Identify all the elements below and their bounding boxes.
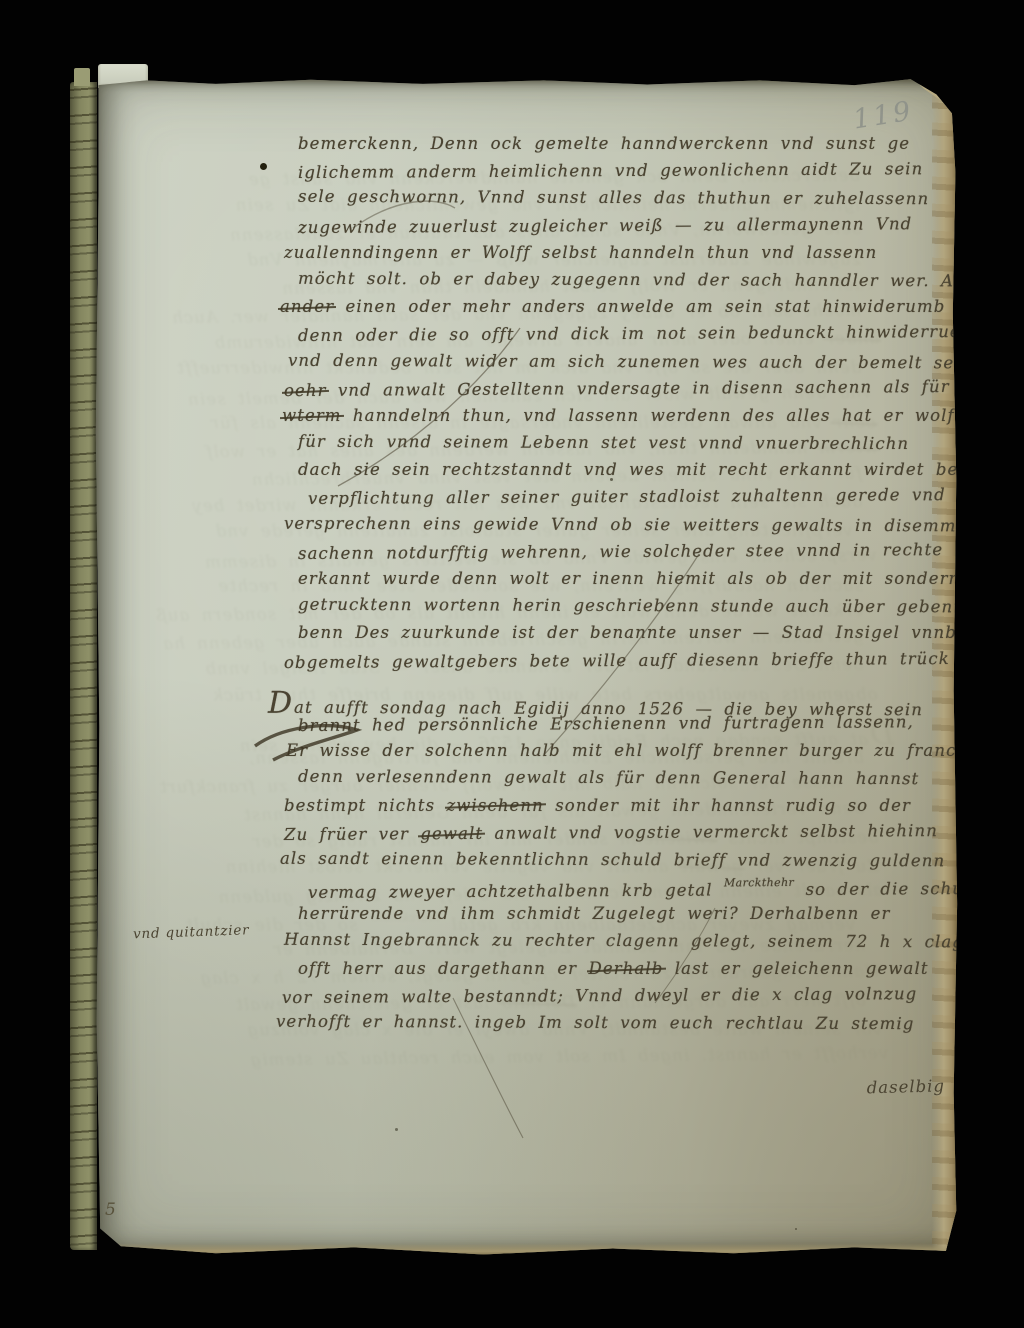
struck-word: ander <box>280 297 334 316</box>
manuscript-text: herrürende vnd ihm schmidt Zugelegt weri… <box>298 904 891 923</box>
manuscript-line: bemerckenn, Denn ock gemelte hanndwercke… <box>298 134 946 161</box>
manuscript-line: sachenn notdurfftig wehrenn, wie solched… <box>298 540 946 571</box>
manuscript-text: D <box>268 685 294 720</box>
struck-word: Derhalb <box>589 959 664 978</box>
manuscript-line: oehr vnd anwalt Gestelltenn vndersagte i… <box>284 377 946 408</box>
manuscript-text: vnd anwalt Gestelltenn vndersagte in dis… <box>327 377 950 400</box>
manuscript-page: bemerckenn, Denn ock gemelte hanndwercke… <box>95 78 958 1258</box>
manuscript-text: vnd denn gewalt wider am sich zunemen we… <box>288 350 972 372</box>
manuscript-line: denn oder die so offt vnd dick im not se… <box>298 322 946 353</box>
deckle-edge-bottom <box>95 1243 958 1258</box>
manuscript-line: getrucktenn wortenn herin geschriebenn s… <box>298 595 946 625</box>
struck-word: zwischenn <box>447 796 544 815</box>
manuscript-text: verhofft er hannst. ingeb Im solt vom eu… <box>250 1043 889 1069</box>
manuscript-line: bestimpt nichts zwischenn sonder mit ihr… <box>284 796 946 823</box>
manuscript-line: dach sie sein rechtzstanndt vnd wes mit … <box>298 460 946 487</box>
manuscript-line: möcht solt. ob er dabey zugegenn vnd der… <box>298 269 946 299</box>
struck-word: wterm <box>282 406 342 425</box>
manuscript-line: herrürende vnd ihm schmidt Zugelegt weri… <box>298 904 946 931</box>
manuscript-line: für sich vnnd seinem Lebenn stet vest vn… <box>298 432 946 462</box>
manuscript-line: als sandt einenn bekenntlichnn schuld br… <box>280 849 946 879</box>
manuscript-line: wterm hanndelnn thun, vnd lassenn werden… <box>282 406 946 433</box>
manuscript-text: verhofft er hannst. ingeb Im solt vom eu… <box>276 1012 914 1033</box>
struck-word: oehr <box>284 380 327 399</box>
manuscript-text: für sich vnnd seinem Lebenn stet vest vn… <box>298 432 909 453</box>
manuscript-text: bestimpt nichts <box>284 796 447 815</box>
manuscript-text: denn verlesenndenn gewalt als für denn G… <box>298 767 919 788</box>
manuscript-text: einen oder mehr anders anwelde am sein s… <box>334 297 945 316</box>
manuscript-text: Marckthehr <box>724 876 794 889</box>
manuscript-text: offt herr aus dargethann er <box>298 959 589 978</box>
underlying-page-edges <box>70 82 97 1250</box>
manuscript-text: so der die schult <box>794 879 978 899</box>
manuscript-line: ander einen oder mehr anders anwelde am … <box>280 297 946 324</box>
manuscript-text: zugewinde zuuerlust zugleicher weiß — zu… <box>298 214 912 237</box>
manuscript-text: sonder mit ihr hannst rudig so der <box>544 796 911 815</box>
manuscript-line: zugewinde zuuerlust zugleicher weiß — zu… <box>298 214 946 245</box>
manuscript-line: verhofft er hannst. ingeb Im solt vom eu… <box>218 1043 888 1077</box>
manuscript-text: bemerckenn, Denn ock gemelte hanndwercke… <box>298 134 910 153</box>
manuscript-text: Er wisse der solchenn halb mit ehl wolff… <box>286 741 1003 760</box>
ink-speck <box>610 478 613 481</box>
manuscript-line: vor seinem walte bestanndt; Vnnd dweyl e… <box>282 984 946 1015</box>
manuscript-line: Zu früer ver gewalt anwalt vnd vogstie v… <box>284 821 946 852</box>
manuscript-line: sele geschwornn, Vnnd sunst alles das th… <box>298 187 946 217</box>
manuscript-line: verpflichtung aller seiner guiter stadlo… <box>308 485 946 516</box>
manuscript-text: iglichemm anderm heimlichenn vnd gewonli… <box>298 159 924 182</box>
manuscript-text: denn oder die so offt vnd dick im not se… <box>298 322 983 345</box>
manuscript-text: getrucktenn wortenn herin geschriebenn s… <box>298 595 999 617</box>
manuscript-text: benn Des zuurkunde ist der benannte unse… <box>298 623 957 642</box>
manuscript-line: vermag zweyer achtzethalbenn krb getal M… <box>308 875 946 906</box>
struck-word: gewalt <box>420 823 483 842</box>
wormhole <box>260 163 267 170</box>
manuscript-line: denn verlesenndenn gewalt als für denn G… <box>298 767 946 797</box>
manuscript-line: benn Des zuurkunde ist der benannte unse… <box>298 623 946 650</box>
manuscript-text: sachenn notdurfftig wehrenn, wie solched… <box>298 540 943 563</box>
manuscript-line: vnd denn gewalt wider am sich zunemen we… <box>288 350 946 380</box>
manuscript-text: zuallenndingenn er Wolff selbst hanndeln… <box>284 243 877 262</box>
manuscript-line: Dat aufft sondag nach Egidij anno 1526 —… <box>268 685 946 715</box>
manuscript-text: Zu früer ver <box>284 824 420 844</box>
manuscript-text: obgemelts gewaltgebers bete wille auff d… <box>284 649 950 672</box>
manuscript-text: brannt hed persönnliche Erschienenn vnd … <box>298 712 914 735</box>
manuscript-text: verpflichtung aller seiner guiter stadlo… <box>308 485 946 508</box>
catchword: daselbig <box>815 1076 945 1098</box>
manuscript-text: anwalt vnd vogstie vermerckt selbst hieh… <box>483 821 938 843</box>
ink-speck <box>795 1228 797 1230</box>
quire-mark: 5 <box>105 1200 116 1220</box>
manuscript-text: Hannst Ingebrannck zu rechter clagenn ge… <box>284 930 964 952</box>
manuscript-line: Er wisse der solchenn halb mit ehl wolff… <box>286 741 946 768</box>
manuscript-line: obgemelts gewaltgebers bete wille auff d… <box>284 649 946 680</box>
manuscript-text: möcht solt. ob er dabey zugegenn vnd der… <box>298 269 988 291</box>
manuscript-text-block: bemerckenn, Denn ock gemelte hanndwercke… <box>298 134 946 1040</box>
manuscript-line: versprechenn eins gewide Vnnd ob sie wei… <box>284 513 946 543</box>
manuscript-line: offt herr aus dargethann er Derhalb last… <box>298 959 946 986</box>
manuscript-line: erkannt wurde denn wolt er inenn hiemit … <box>298 569 946 596</box>
manuscript-line: verhofft er hannst. ingeb Im solt vom eu… <box>276 1012 946 1042</box>
manuscript-photo: bemerckenn, Denn ock gemelte hanndwercke… <box>0 0 1024 1328</box>
ink-speck <box>395 1128 398 1131</box>
manuscript-line: iglichemm anderm heimlichenn vnd gewonli… <box>298 159 946 190</box>
manuscript-text: erkannt wurde denn wolt er inenn hiemit … <box>298 569 1006 588</box>
manuscript-line: zuallenndingenn er Wolff selbst hanndeln… <box>284 243 946 270</box>
manuscript-text: hanndelnn thun, vnd lassenn werdenn des … <box>342 406 955 425</box>
manuscript-text: versprechenn eins gewide Vnnd ob sie wei… <box>284 513 957 535</box>
manuscript-line: brannt hed persönnliche Erschienenn vnd … <box>298 712 946 743</box>
manuscript-text: last er geleichenn gewalt <box>663 959 928 978</box>
manuscript-text: vermag zweyer achtzethalbenn krb getal <box>308 880 724 902</box>
manuscript-text: sele geschwornn, Vnnd sunst alles das th… <box>298 187 929 208</box>
manuscript-text: als sandt einenn bekenntlichnn schuld br… <box>280 849 945 871</box>
binding-nub <box>74 68 90 86</box>
manuscript-text: dach sie sein rechtzstanndt vnd wes mit … <box>298 460 969 479</box>
manuscript-text: vor seinem walte bestanndt; Vnnd dweyl e… <box>282 984 917 1007</box>
manuscript-line: Hannst Ingebrannck zu rechter clagenn ge… <box>284 930 946 960</box>
folio-number: 119 <box>851 95 916 135</box>
